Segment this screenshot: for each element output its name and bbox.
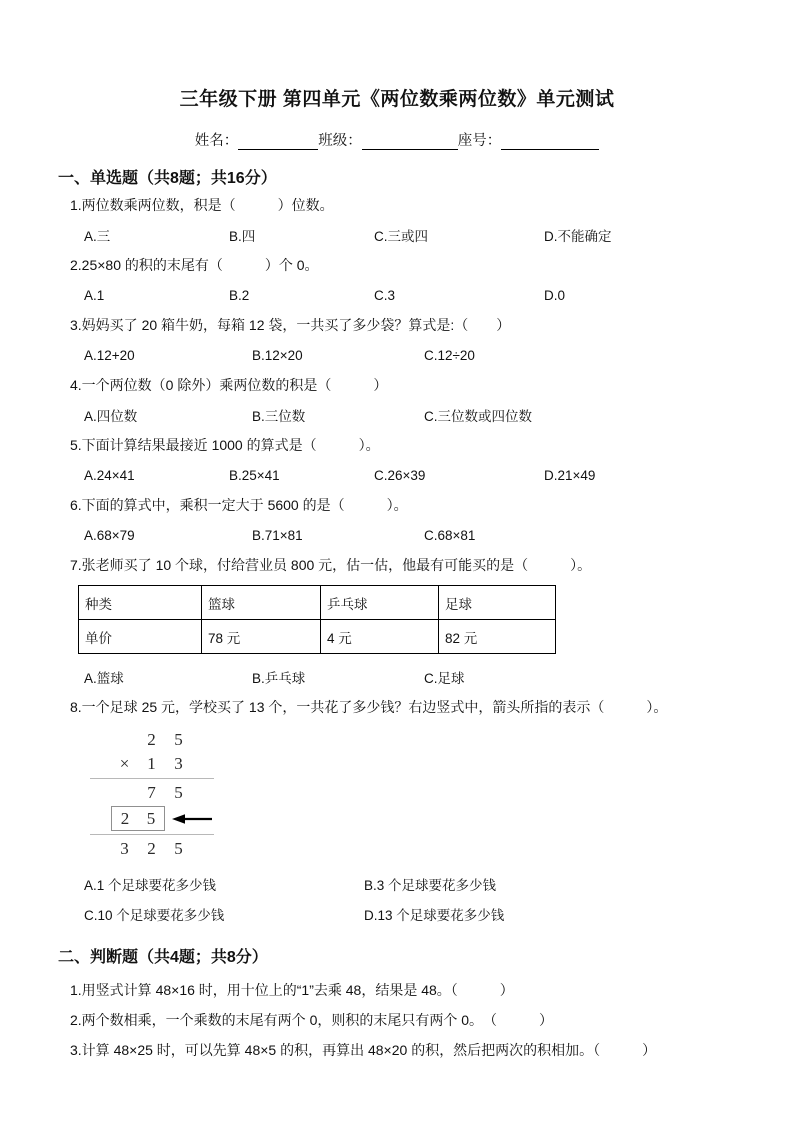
digit: 5: [165, 839, 192, 859]
judgement-2-text: 2.两个数相乘，一个乘数的末尾有两个 0，则积的末尾只有两个 0。 （ ）: [58, 1005, 736, 1035]
table-row: 种类 篮球 乒乓球 足球: [79, 586, 556, 620]
question-1-text: 1.两位数乘两位数，积是（ ）位数。: [58, 190, 736, 220]
digit: 2: [112, 809, 138, 829]
table-cell: 82 元: [439, 620, 556, 654]
option-c: C.足球: [424, 667, 736, 687]
section2-heading: 二、判断题（共4题；共8分）: [58, 941, 736, 969]
question-2-options: A.1 B.2 C.3 D.0: [58, 280, 736, 310]
name-blank-field[interactable]: [238, 133, 318, 150]
table-cell: 78 元: [202, 620, 321, 654]
option-c: C.26×39: [374, 468, 544, 483]
table-cell: 4 元: [321, 620, 439, 654]
test-paper-page: 三年级下册 第四单元《两位数乘两位数》单元测试 姓名： 班级： 座号： 一、单选…: [0, 0, 794, 1123]
rule-line: [90, 834, 214, 835]
table-cell: 乒乓球: [321, 586, 439, 620]
option-a: A.12+20: [84, 348, 252, 363]
question-6-options: A.68×79 B.71×81 C.68×81: [58, 520, 736, 550]
option-c: C.3: [374, 288, 544, 303]
question-1-options: A.三 B.四 C.三或四 D.不能确定: [58, 220, 736, 250]
page-title: 三年级下册 第四单元《两位数乘两位数》单元测试: [58, 0, 736, 111]
question-3-options: A.12+20 B.12×20 C.12÷20: [58, 340, 736, 370]
class-label: 班级：: [318, 129, 362, 150]
option-b: B.25×41: [229, 468, 374, 483]
digit: 2: [138, 839, 165, 859]
option-a: A.三: [84, 225, 229, 245]
option-a: A.1 个足球要花多少钱: [84, 874, 364, 894]
multiplicand-row: 2 5: [90, 728, 214, 752]
highlight-box: 2 5: [111, 806, 165, 831]
name-label: 姓名：: [195, 129, 239, 150]
option-b: B.12×20: [252, 348, 424, 363]
table-row: 单价 78 元 4 元 82 元: [79, 620, 556, 654]
partial-product-1-row: 7 5: [90, 781, 214, 805]
seat-blank-field[interactable]: [501, 133, 599, 150]
option-a: A.1: [84, 288, 229, 303]
option-d: D.13 个足球要花多少钱: [364, 904, 736, 924]
seat-label: 座号：: [458, 129, 502, 150]
section1-heading: 一、单选题（共8题；共16分）: [58, 162, 736, 190]
question-8-options-row2: C.10 个足球要花多少钱 D.13 个足球要花多少钱: [58, 899, 736, 929]
digit: 7: [138, 783, 165, 803]
digit: 2: [138, 730, 165, 750]
option-d: D.0: [544, 288, 736, 303]
question-5-text: 5.下面计算结果最接近 1000 的算式是（ ）。: [58, 430, 736, 460]
option-b: B.2: [229, 288, 374, 303]
option-c: C.68×81: [424, 528, 736, 543]
option-a: A.24×41: [84, 468, 229, 483]
table-cell: 种类: [79, 586, 202, 620]
partial-product-2-row: 2 5: [90, 805, 214, 832]
option-b: B.71×81: [252, 528, 424, 543]
option-c: C.12÷20: [424, 348, 736, 363]
option-d: D.21×49: [544, 468, 736, 483]
digit: 5: [138, 809, 164, 829]
judgement-3-text: 3.计算 48×25 时，可以先算 48×5 的积，再算出 48×20 的积，然…: [58, 1035, 736, 1065]
digit: 1: [138, 754, 165, 774]
option-b: B.3 个足球要花多少钱: [364, 874, 736, 894]
option-d: D.不能确定: [544, 225, 736, 245]
option-a: A.篮球: [84, 667, 252, 687]
class-blank-field[interactable]: [362, 133, 458, 150]
option-a: A.四位数: [84, 405, 252, 425]
multiplier-row: × 1 3: [90, 752, 214, 776]
result-row: 3 2 5: [90, 837, 214, 861]
table-cell: 篮球: [202, 586, 321, 620]
question-8-options-row1: A.1 个足球要花多少钱 B.3 个足球要花多少钱: [58, 869, 736, 899]
question-4-options: A.四位数 B.三位数 C.三位数或四位数: [58, 400, 736, 430]
question-3-text: 3.妈妈买了 20 箱牛奶，每箱 12 袋，一共买了多少袋？算式是:（ ）: [58, 310, 736, 340]
left-arrow-icon: [172, 813, 212, 825]
option-c: C.10 个足球要花多少钱: [84, 904, 364, 924]
option-c: C.三或四: [374, 225, 544, 245]
question-6-text: 6.下面的算式中，乘积一定大于 5600 的是（ ）。: [58, 490, 736, 520]
digit: 5: [165, 783, 192, 803]
option-b: B.四: [229, 225, 374, 245]
question-7-text: 7.张老师买了 10 个球，付给营业员 800 元，估一估，他最有可能买的是（ …: [58, 550, 736, 580]
question-5-options: A.24×41 B.25×41 C.26×39 D.21×49: [58, 460, 736, 490]
question-4-text: 4.一个两位数（0 除外）乘两位数的积是（ ）: [58, 370, 736, 400]
question-8-text: 8.一个足球 25 元，学校买了 13 个，一共花了多少钱？右边竖式中，箭头所指…: [58, 692, 736, 722]
ball-price-table: 种类 篮球 乒乓球 足球 单价 78 元 4 元 82 元: [78, 585, 556, 654]
question-2-text: 2.25×80 的积的末尾有（ ）个 0。: [58, 250, 736, 280]
digit: 3: [111, 839, 138, 859]
vertical-multiplication: 2 5 × 1 3 7 5 2 5: [90, 728, 214, 861]
option-b: B.乒乓球: [252, 667, 424, 687]
option-a: A.68×79: [84, 528, 252, 543]
option-c: C.三位数或四位数: [424, 405, 736, 425]
digit: 3: [165, 754, 192, 774]
student-info-row: 姓名： 班级： 座号：: [58, 128, 736, 150]
judgement-1-text: 1.用竖式计算 48×16 时，用十位上的“1”去乘 48，结果是 48。（ ）: [58, 975, 736, 1005]
table-cell: 足球: [439, 586, 556, 620]
option-b: B.三位数: [252, 405, 424, 425]
question-7-options: A.篮球 B.乒乓球 C.足球: [58, 662, 736, 692]
multiply-sign: ×: [111, 754, 138, 774]
digit: 5: [165, 730, 192, 750]
rule-line: [90, 778, 214, 779]
table-cell: 单价: [79, 620, 202, 654]
